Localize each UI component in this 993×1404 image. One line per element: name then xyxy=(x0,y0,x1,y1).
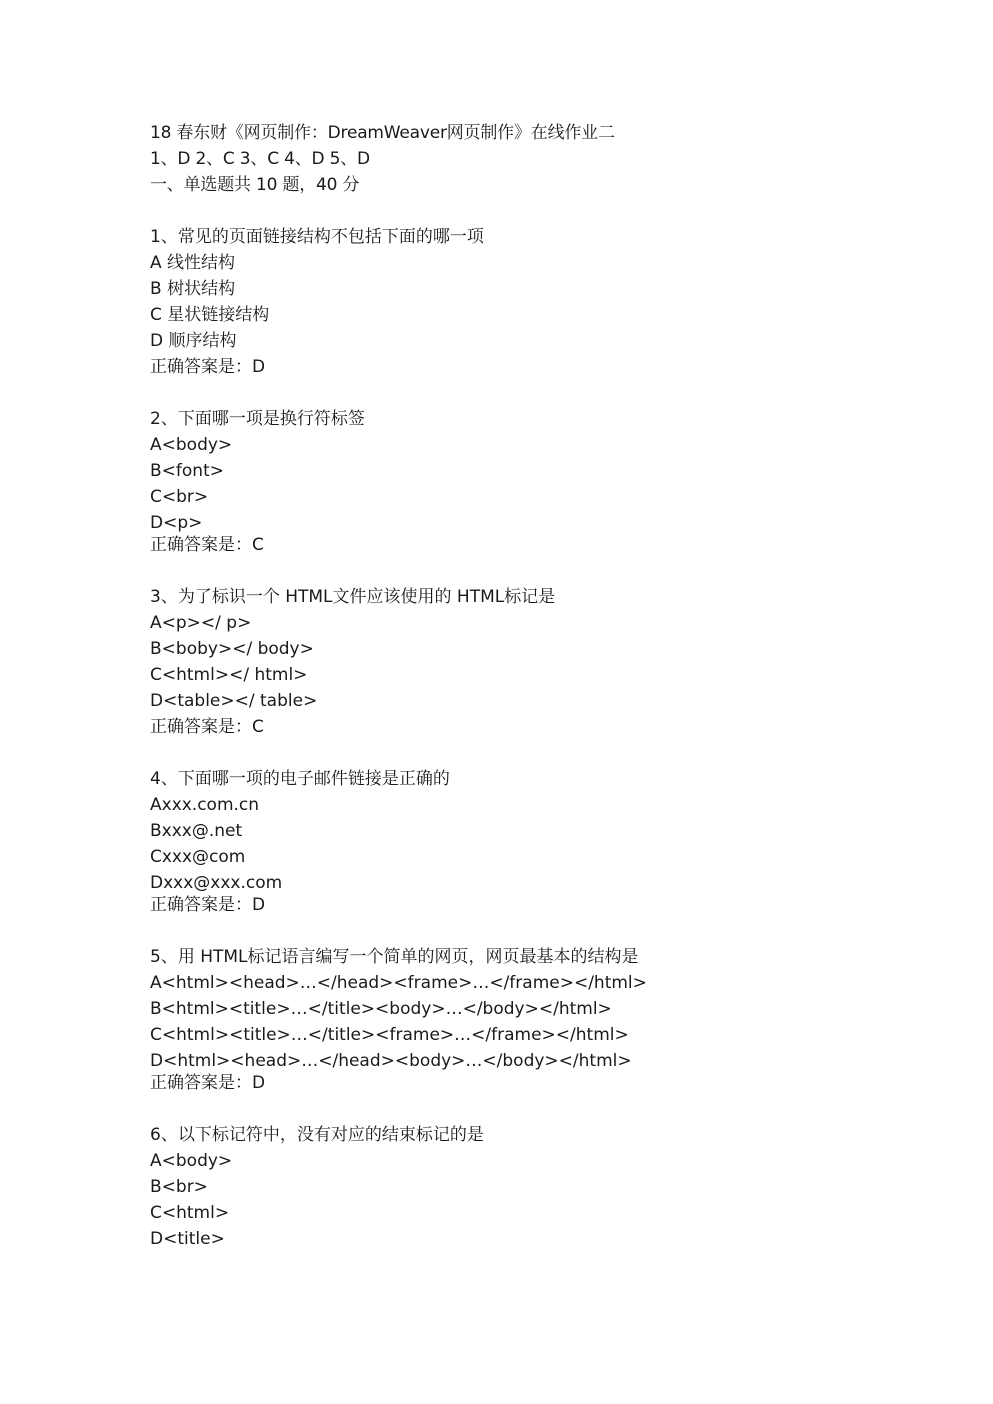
option-a: A 线性结构 xyxy=(150,250,910,276)
option-c: Cxxx@com xyxy=(150,844,910,870)
option-b: B<font> xyxy=(150,458,910,484)
option-d: D 顺序结构 xyxy=(150,328,910,354)
option-a: Axxx.com.cn xyxy=(150,792,910,818)
option-a: A<html><head>…</head><frame>…</frame></h… xyxy=(150,970,910,996)
question-text: 6、以下标记符中，没有对应的结束标记的是 xyxy=(150,1122,910,1148)
option-a: A<body> xyxy=(150,432,910,458)
option-d: D<table></ table> xyxy=(150,688,910,714)
question-4: 4、下面哪一项的电子邮件链接是正确的 Axxx.com.cn Bxxx@.net… xyxy=(150,766,910,918)
correct-answer: 正确答案是：D xyxy=(150,892,910,918)
spacer xyxy=(150,740,910,766)
option-b: Bxxx@.net xyxy=(150,818,910,844)
question-text: 3、为了标识一个 HTML文件应该使用的 HTML标记是 xyxy=(150,584,910,610)
option-b: B<html><title>…</title><body>…</body></h… xyxy=(150,996,910,1022)
option-b: B<boby></ body> xyxy=(150,636,910,662)
question-5: 5、用 HTML标记语言编写一个简单的网页，网页最基本的结构是 A<html><… xyxy=(150,944,910,1096)
spacer xyxy=(150,918,910,944)
question-2: 2、下面哪一项是换行符标签 A<body> B<font> C<br> D<p>… xyxy=(150,406,910,558)
option-c: C 星状链接结构 xyxy=(150,302,910,328)
section-heading: 一、单选题共 10 题，40 分 xyxy=(150,172,910,198)
question-text: 5、用 HTML标记语言编写一个简单的网页，网页最基本的结构是 xyxy=(150,944,910,970)
option-b: B 树状结构 xyxy=(150,276,910,302)
option-d: D<title> xyxy=(150,1226,910,1252)
document-title: 18 春东财《网页制作：DreamWeaver网页制作》在线作业二 xyxy=(150,120,910,146)
question-text: 1、常见的页面链接结构不包括下面的哪一项 xyxy=(150,224,910,250)
spacer xyxy=(150,558,910,584)
correct-answer: 正确答案是：C xyxy=(150,532,910,558)
document-page: 18 春东财《网页制作：DreamWeaver网页制作》在线作业二 1、D 2、… xyxy=(150,120,910,1252)
option-c: C<br> xyxy=(150,484,910,510)
option-c: C<html> xyxy=(150,1200,910,1226)
spacer xyxy=(150,1096,910,1122)
option-c: C<html><title>…</title><frame>…</frame><… xyxy=(150,1022,910,1048)
correct-answer: 正确答案是：D xyxy=(150,354,910,380)
question-text: 2、下面哪一项是换行符标签 xyxy=(150,406,910,432)
question-1: 1、常见的页面链接结构不包括下面的哪一项 A 线性结构 B 树状结构 C 星状链… xyxy=(150,224,910,380)
option-a: A<body> xyxy=(150,1148,910,1174)
spacer xyxy=(150,198,910,224)
question-6: 6、以下标记符中，没有对应的结束标记的是 A<body> B<br> C<htm… xyxy=(150,1122,910,1252)
question-3: 3、为了标识一个 HTML文件应该使用的 HTML标记是 A<p></ p> B… xyxy=(150,584,910,740)
answer-key-summary: 1、D 2、C 3、C 4、D 5、D xyxy=(150,146,910,172)
spacer xyxy=(150,380,910,406)
question-text: 4、下面哪一项的电子邮件链接是正确的 xyxy=(150,766,910,792)
option-a: A<p></ p> xyxy=(150,610,910,636)
option-b: B<br> xyxy=(150,1174,910,1200)
correct-answer: 正确答案是：C xyxy=(150,714,910,740)
option-c: C<html></ html> xyxy=(150,662,910,688)
